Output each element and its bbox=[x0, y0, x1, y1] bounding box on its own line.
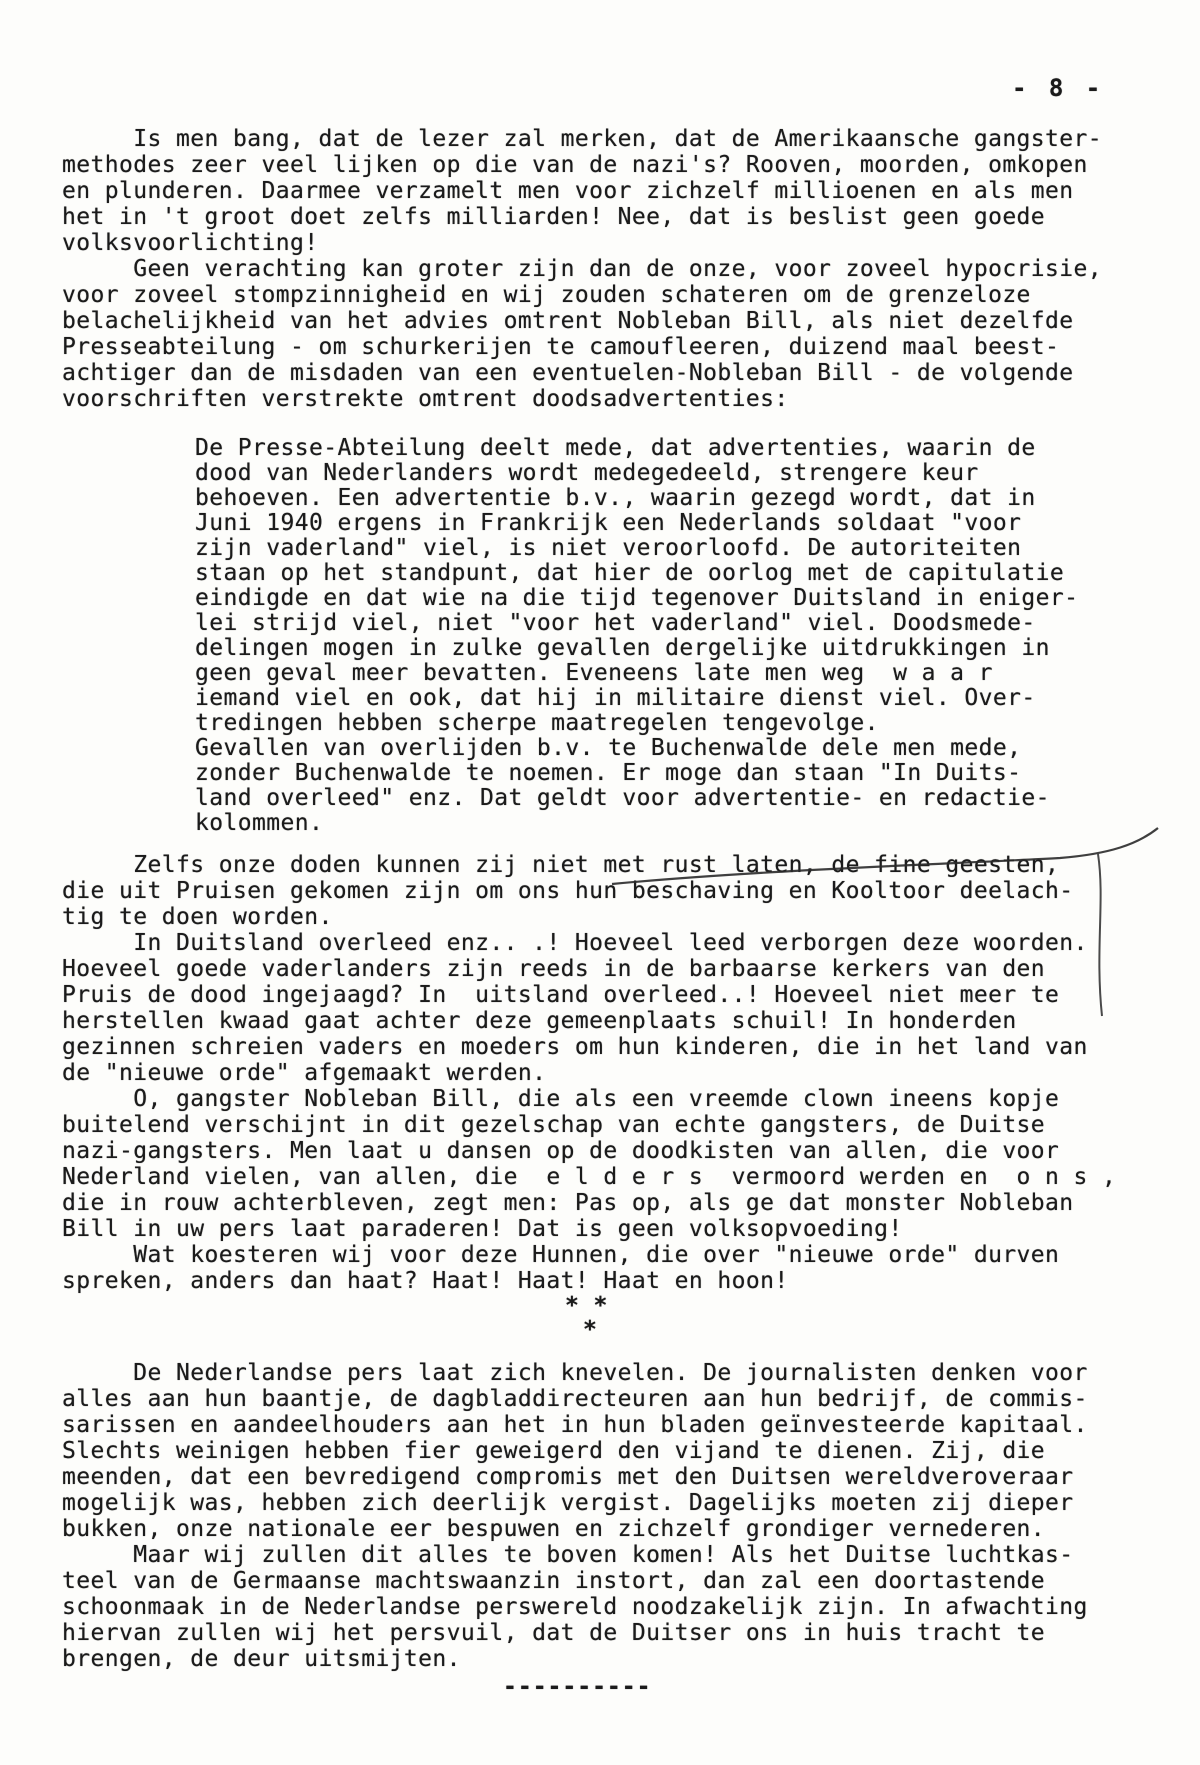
presse-abteilung-directive-quote: De Presse-Abteilung deelt mede, dat adve… bbox=[195, 436, 1192, 836]
paragraph-haat-en-hoon: Wat koesteren wij voor deze Hunnen, die … bbox=[62, 1242, 1192, 1294]
paragraph-onze-doden: Zelfs onze doden kunnen zij niet met rus… bbox=[62, 852, 1192, 930]
asterisk-separator-row-1: * * bbox=[62, 1294, 1192, 1318]
document-body: Is men bang, dat de lezer zal merken, da… bbox=[62, 126, 1192, 1700]
paragraph-verachting: Geen verachting kan groter zijn dan de o… bbox=[62, 256, 1192, 412]
paragraph-slotwoord: Maar wij zullen dit alles te boven komen… bbox=[62, 1542, 1192, 1672]
page-number: - 8 - bbox=[1012, 74, 1104, 102]
paragraph-gangster-nobleban-bill: O, gangster Nobleban Bill, die als een v… bbox=[62, 1086, 1192, 1242]
paragraph-gangster-methodes: Is men bang, dat de lezer zal merken, da… bbox=[62, 126, 1192, 256]
document-page: - 8 - Is men bang, dat de lezer zal merk… bbox=[0, 0, 1200, 1765]
paragraph-nederlandse-pers: De Nederlandse pers laat zich knevelen. … bbox=[62, 1360, 1192, 1542]
footer-dashes: ---------- bbox=[62, 1674, 1192, 1700]
paragraph-in-duitsland-overleed: In Duitsland overleed enz.. .! Hoeveel l… bbox=[62, 930, 1192, 1086]
asterisk-separator-row-2: * bbox=[62, 1318, 1192, 1342]
asterisk-separator: * * * bbox=[62, 1294, 1192, 1342]
